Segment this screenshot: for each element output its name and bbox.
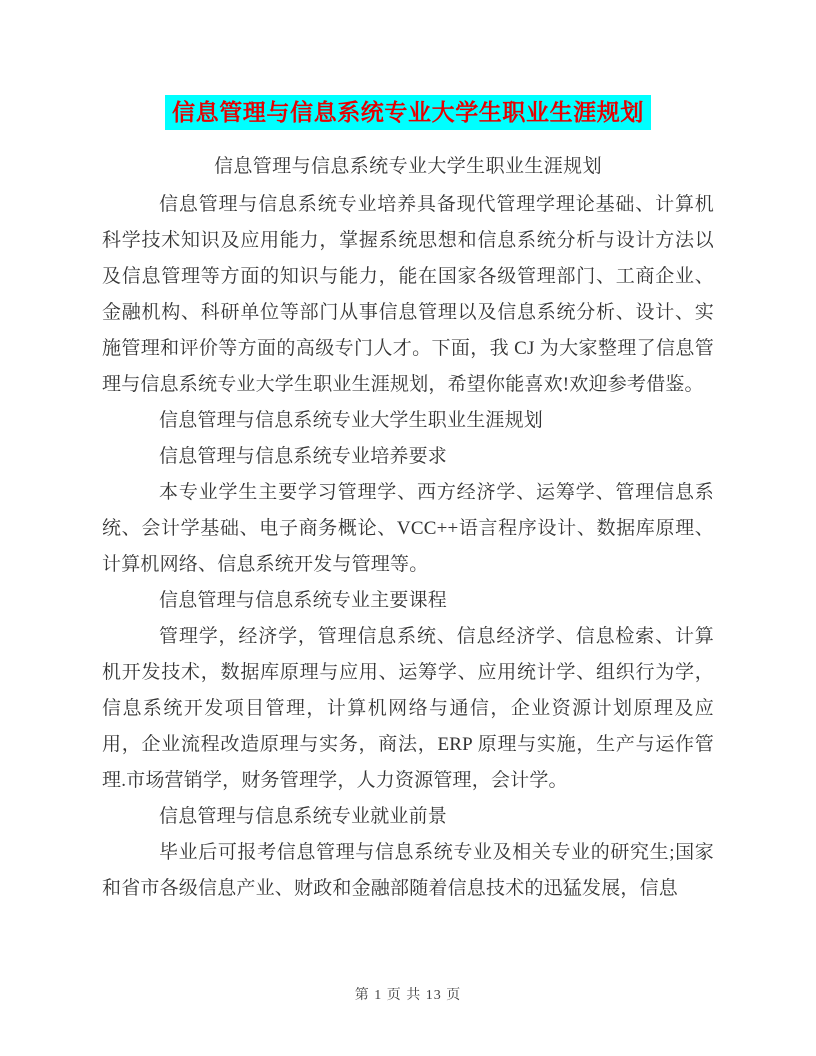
page-number-indicator: 第 1 页 共 13 页 (0, 984, 816, 1004)
section-heading-employment-prospects: 信息管理与信息系统专业就业前景 (102, 799, 714, 835)
paragraph-main-courses: 管理学，经济学，管理信息系统、信息经济学、信息检索、计算机开发技术，数据库原理与… (102, 619, 714, 799)
paragraph-plan-title: 信息管理与信息系统专业大学生职业生涯规划 (102, 403, 714, 439)
paragraph-employment-prospects: 毕业后可报考信息管理与信息系统专业及相关专业的研究生;国家和省市各级信息产业、财… (102, 835, 714, 907)
document-body: 信息管理与信息系统专业培养具备现代管理学理论基础、计算机科学技术知识及应用能力，… (102, 187, 714, 907)
highlighted-document-title: 信息管理与信息系统专业大学生职业生涯规划 (165, 95, 651, 130)
document-subtitle: 信息管理与信息系统专业大学生职业生涯规划 (0, 151, 816, 178)
paragraph-training-requirements: 本专业学生主要学习管理学、西方经济学、运筹学、管理信息系统、会计学基础、电子商务… (102, 475, 714, 583)
document-page: 信息管理与信息系统专业大学生职业生涯规划 信息管理与信息系统专业大学生职业生涯规… (0, 0, 816, 1056)
section-heading-main-courses: 信息管理与信息系统专业主要课程 (102, 583, 714, 619)
paragraph-intro: 信息管理与信息系统专业培养具备现代管理学理论基础、计算机科学技术知识及应用能力，… (102, 187, 714, 403)
section-heading-training-requirements: 信息管理与信息系统专业培养要求 (102, 439, 714, 475)
document-title-block: 信息管理与信息系统专业大学生职业生涯规划 (0, 95, 816, 130)
